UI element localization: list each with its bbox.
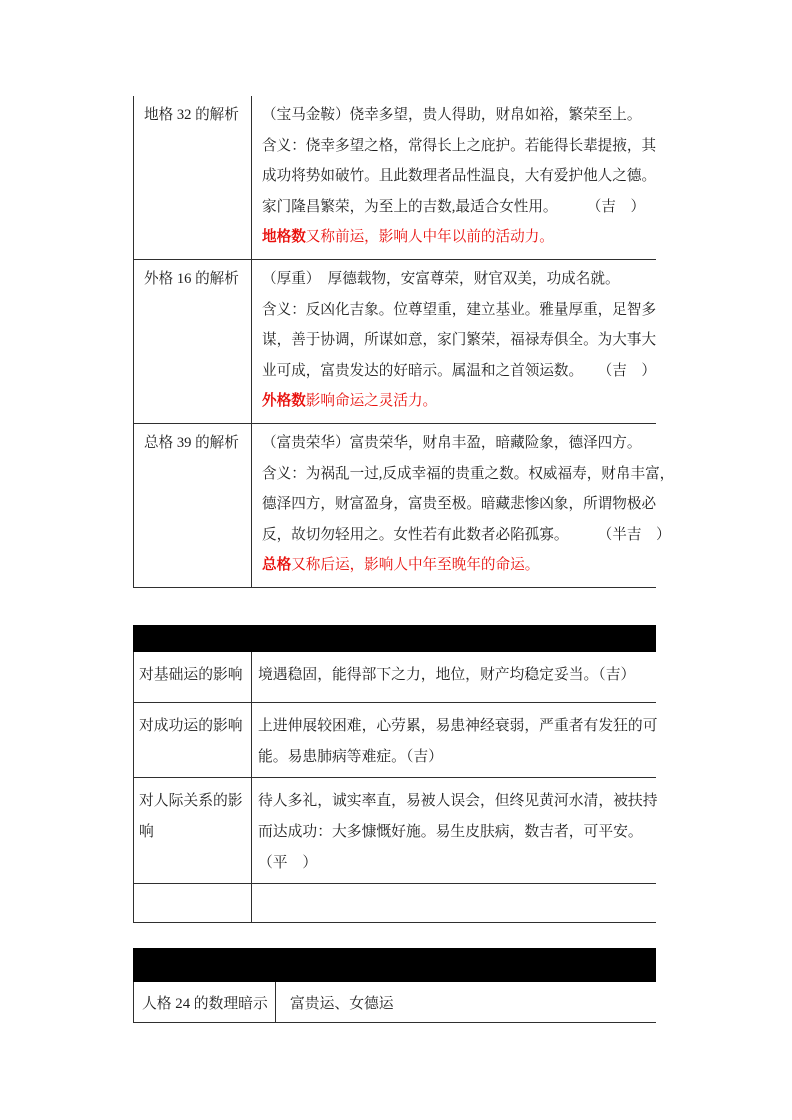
table-row-renge24-hint: 人格 24 的数理暗示 富贵运、女德运 [133, 982, 656, 1023]
red-note-term: 地格数 [262, 229, 306, 245]
red-note-line: 外格数影响命运之灵活力。 [262, 386, 656, 417]
table-header-bar [133, 625, 656, 652]
table-row-waige16: 外格 16 的解析 （厚重） 厚德载物，安富尊荣，财官双美，功成名就。 含义：反… [134, 260, 656, 424]
text-line: 而达成功：大多慷慨好施。易生皮肤病，数吉者，可平安。 [258, 817, 658, 848]
document-page: { "colors": { "page_bg": "#ffffff", "bor… [0, 0, 792, 1120]
text-line: （富贵荣华）富贵荣华，财帛丰盈，暗藏险象，德泽四方。 [262, 428, 674, 459]
influence-table: 对基础运的影响 境遇稳固，能得部下之力，地位，财产均稳定妥当。（吉） 对成功运的… [133, 625, 656, 923]
row-label-interpersonal: 对人际关系的影响 [134, 778, 252, 883]
table-row-empty [133, 884, 656, 923]
table-row-dige32: 地格 32 的解析 （宝马金鞍）侥幸多望，贵人得助，财帛如裕，繁荣至上。 含义：… [134, 96, 656, 260]
text-line: 德泽四方，财富盈身，富贵至极。暗藏悲惨凶象，所谓物极必 [262, 489, 674, 520]
row-label-success-luck: 对成功运的影响 [134, 703, 252, 777]
text-line: 能。易患肺病等难症。（吉） [258, 742, 658, 773]
numerology-hint-table: 人格 24 的数理暗示 富贵运、女德运 [133, 948, 656, 1023]
table-row-success-luck: 对成功运的影响 上进伸展较困难，心劳累，易患神经衰弱，严重者有发狂的可 能。易患… [133, 703, 656, 778]
text-line: 含义：反凶化吉象。位尊望重，建立基业。雅量厚重，足智多 [262, 295, 656, 326]
row-label-renge24-hint: 人格 24 的数理暗示 [134, 982, 276, 1022]
row-label-zongge39: 总格 39 的解析 [134, 424, 252, 587]
row-content-success-luck: 上进伸展较困难，心劳累，易患神经衰弱，严重者有发狂的可 能。易患肺病等难症。（吉… [252, 703, 658, 777]
red-note-text: 又称前运，影响人中年以前的活动力。 [306, 229, 554, 245]
row-label-foundation-luck: 对基础运的影响 [134, 652, 252, 702]
red-note-line: 地格数又称前运，影响人中年以前的活动力。 [262, 222, 656, 253]
red-note-text: 又称后运，影响人中年至晚年的命运。 [291, 557, 539, 573]
text-line: 境遇稳固，能得部下之力，地位，财产均稳定妥当。（吉） [258, 660, 656, 691]
red-note-text: 影响命运之灵活力。 [306, 393, 437, 409]
text-line: 待人多礼，诚实率直，易被人误会，但终见黄河水清，被扶持 [258, 786, 658, 817]
row-content-waige16: （厚重） 厚德载物，安富尊荣，财官双美，功成名就。 含义：反凶化吉象。位尊望重，… [252, 260, 656, 423]
red-note-term: 总格 [262, 557, 291, 573]
text-line: 业可成，富贵发达的好暗示。属温和之首领运数。 （吉 ） [262, 356, 656, 387]
text-line: 反，故切勿轻用之。女性若有此数者必陷孤寡。 （半吉 ） [262, 520, 674, 551]
red-note-term: 外格数 [262, 393, 306, 409]
row-label-dige32: 地格 32 的解析 [134, 96, 252, 259]
table-row-zongge39: 总格 39 的解析 （富贵荣华）富贵荣华，财帛丰盈，暗藏险象，德泽四方。 含义：… [134, 424, 656, 588]
table-header-bar [133, 948, 656, 982]
table-row-interpersonal: 对人际关系的影响 待人多礼，诚实率直，易被人误会，但终见黄河水清，被扶持 而达成… [133, 778, 656, 884]
row-value-renge24-hint: 富贵运、女德运 [276, 982, 656, 1022]
row-content-dige32: （宝马金鞍）侥幸多望，贵人得助，财帛如裕，繁荣至上。 含义：侥幸多望之格，常得长… [252, 96, 656, 259]
row-content-foundation-luck: 境遇稳固，能得部下之力，地位，财产均稳定妥当。（吉） [252, 652, 656, 702]
text-line: （平 ） [258, 848, 658, 879]
table-row-foundation-luck: 对基础运的影响 境遇稳固，能得部下之力，地位，财产均稳定妥当。（吉） [133, 652, 656, 703]
row-label-waige16: 外格 16 的解析 [134, 260, 252, 423]
text-line: 含义：侥幸多望之格，常得长上之庇护。若能得长辈提掖，其 [262, 131, 656, 162]
grid-analysis-table: 地格 32 的解析 （宝马金鞍）侥幸多望，贵人得助，财帛如裕，繁荣至上。 含义：… [133, 96, 656, 588]
text-line: 含义：为祸乱一过,反成幸福的贵重之数。权威福寿，财帛丰富， [262, 459, 674, 490]
text-line: （宝马金鞍）侥幸多望，贵人得助，财帛如裕，繁荣至上。 [262, 100, 656, 131]
text-line: 成功将势如破竹。且此数理者品性温良，大有爱护他人之德。 [262, 161, 656, 192]
row-content-zongge39: （富贵荣华）富贵荣华，财帛丰盈，暗藏险象，德泽四方。 含义：为祸乱一过,反成幸福… [252, 424, 674, 587]
row-content-interpersonal: 待人多礼，诚实率直，易被人误会，但终见黄河水清，被扶持 而达成功：大多慷慨好施。… [252, 778, 658, 883]
row-label-empty [134, 884, 252, 922]
text-line: 上进伸展较困难，心劳累，易患神经衰弱，严重者有发狂的可 [258, 711, 658, 742]
row-content-empty [252, 884, 656, 922]
text-line: 家门隆昌繁荣，为至上的吉数,最适合女性用。 （吉 ） [262, 192, 656, 223]
red-note-line: 总格又称后运，影响人中年至晚年的命运。 [262, 550, 674, 581]
text-line: 谋，善于协调，所谋如意，家门繁荣，福禄寿俱全。为大事大 [262, 325, 656, 356]
text-line: （厚重） 厚德载物，安富尊荣，财官双美，功成名就。 [262, 264, 656, 295]
